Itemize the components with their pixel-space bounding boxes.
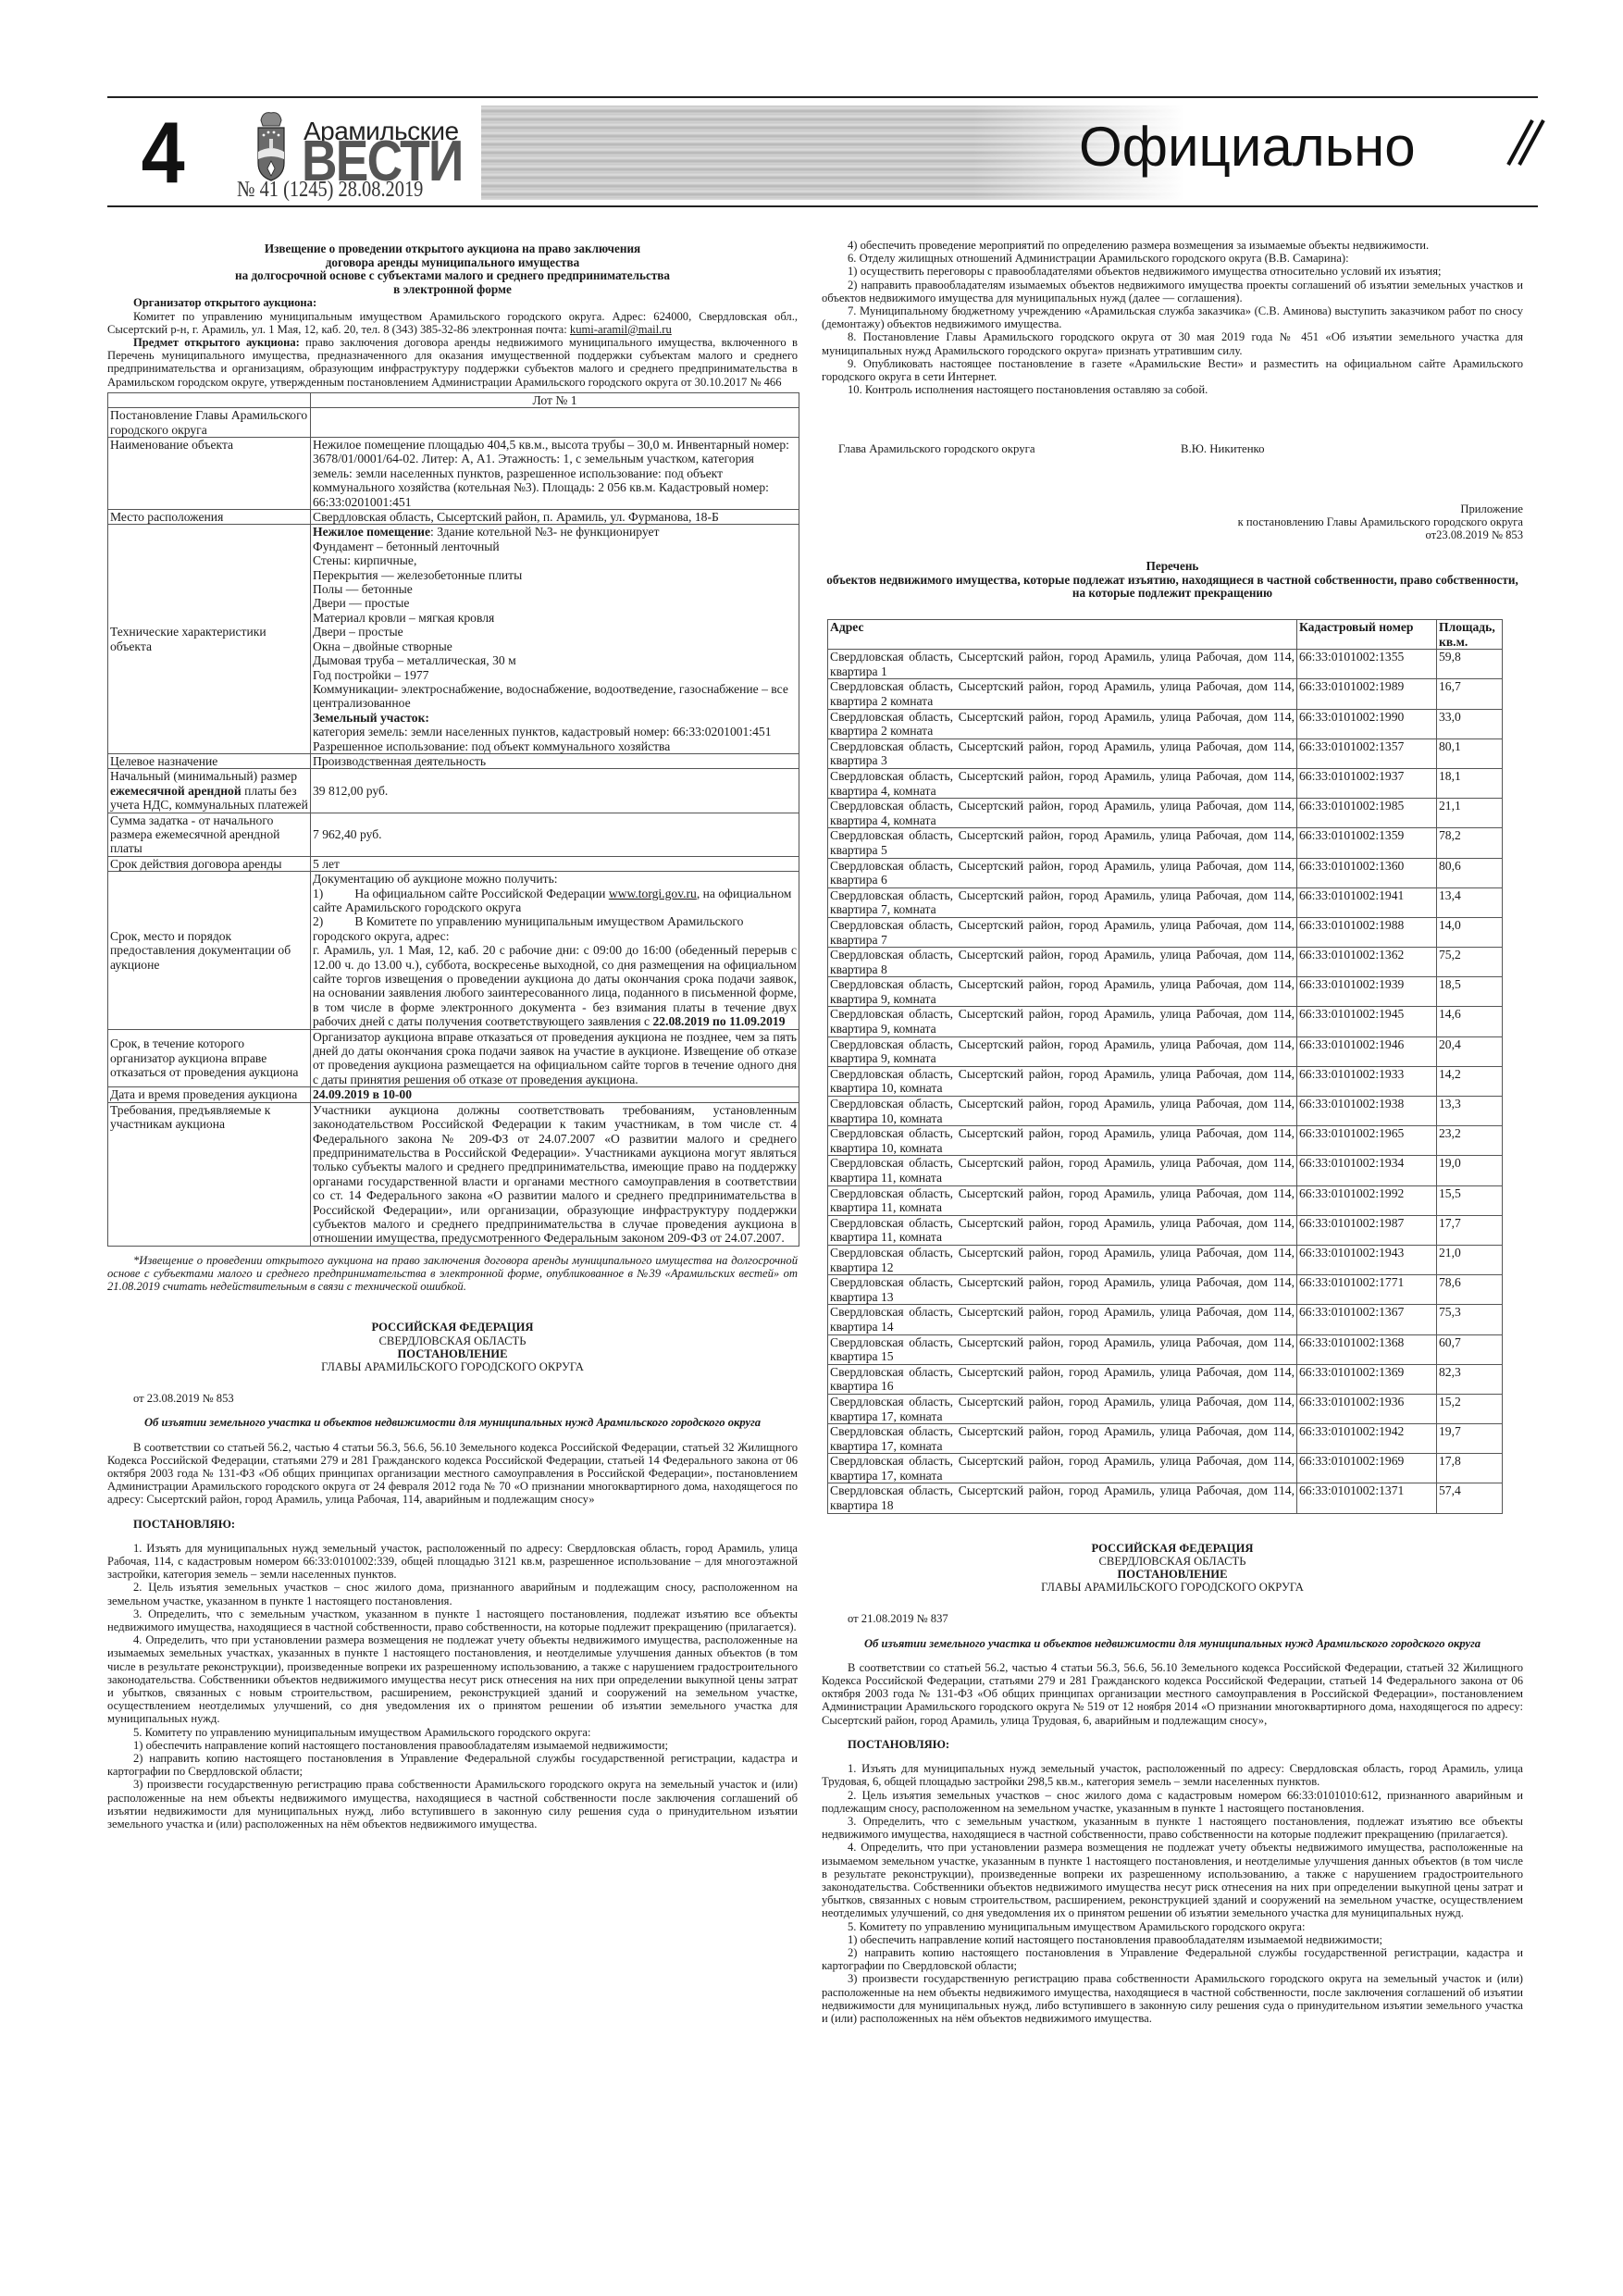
- table-row: Свердловская область, Сысертский район, …: [828, 858, 1503, 887]
- table-row: Свердловская область, Сысертский район, …: [828, 650, 1503, 679]
- list-title: Перечень: [822, 560, 1523, 574]
- area-cell: 17,8: [1437, 1454, 1503, 1483]
- section-title: Официально: [1079, 115, 1416, 179]
- cadastral-cell: 66:33:0101002:1933: [1297, 1066, 1437, 1096]
- table-row: Свердловская область, Сысертский район, …: [828, 1245, 1503, 1274]
- table-row: Постановление Главы Арамильского городск…: [108, 408, 799, 438]
- table-row: Срок, в течение которого организатор аук…: [108, 1029, 799, 1087]
- address-cell: Свердловская область, Сысертский район, …: [828, 1066, 1297, 1096]
- cadastral-cell: 66:33:0101002:1371: [1297, 1483, 1437, 1513]
- table-row: Требования, предъявляемые к участникам а…: [108, 1102, 799, 1246]
- area-cell: 21,0: [1437, 1245, 1503, 1274]
- address-cell: Свердловская область, Сысертский район, …: [828, 738, 1297, 768]
- cadastral-cell: 66:33:0101002:1946: [1297, 1036, 1437, 1066]
- decree-853-title: Об изъятии земельного участка и объектов…: [107, 1416, 798, 1429]
- table-row: Свердловская область, Сысертский район, …: [828, 1334, 1503, 1364]
- decree-837-item: 2. Цель изъятия земельных участков – сно…: [822, 1789, 1523, 1815]
- decree-837-title: Об изъятии земельного участка и объектов…: [822, 1637, 1523, 1650]
- area-cell: 19,0: [1437, 1156, 1503, 1185]
- bottom-rule: [107, 205, 1538, 207]
- table-row: Срок, место и порядок предоставления док…: [108, 872, 799, 1029]
- address-cell: Свердловская область, Сысертский район, …: [828, 650, 1297, 679]
- address-cell: Свердловская область, Сысертский район, …: [828, 1394, 1297, 1423]
- table-row: Дата и время проведения аукциона24.09.20…: [108, 1087, 799, 1102]
- address-cell: Свердловская область, Сысертский район, …: [828, 1424, 1297, 1454]
- issue-number: № 41 (1245) 28.08.2019: [237, 178, 423, 203]
- address-cell: Свердловская область, Сысертский район, …: [828, 1185, 1297, 1215]
- cadastral-cell: 66:33:0101002:1359: [1297, 828, 1437, 858]
- decree-853-item: 3) произвести государственную регистраци…: [107, 1778, 798, 1831]
- masthead: 4 Арамильские ВЕСТИ № 41 (1245) 28.08.20…: [107, 96, 1538, 205]
- cadastral-cell: 66:33:0101002:1992: [1297, 1185, 1437, 1215]
- address-cell: Свердловская область, Сысертский район, …: [828, 1305, 1297, 1334]
- table-row: Свердловская область, Сысертский район, …: [828, 1036, 1503, 1066]
- cadastral-cell: 66:33:0101002:1941: [1297, 887, 1437, 917]
- decree-853-item: 7. Муниципальному бюджетному учреждению …: [822, 304, 1523, 330]
- table-row: Лот № 1: [108, 392, 799, 407]
- organizer-text: Комитет по управлению муниципальным имущ…: [107, 310, 798, 336]
- decree-853-preamble: В соответствии со статьей 56.2, частью 4…: [107, 1441, 798, 1507]
- table-row: Свердловская область, Сысертский район, …: [828, 768, 1503, 798]
- address-cell: Свердловская область, Сысертский район, …: [828, 1364, 1297, 1394]
- address-cell: Свердловская область, Сысертский район, …: [828, 1036, 1297, 1066]
- table-row: Свердловская область, Сысертский район, …: [828, 709, 1503, 738]
- area-cell: 14,0: [1437, 917, 1503, 947]
- footnote: *Извещение о проведении открытого аукцио…: [107, 1254, 798, 1294]
- decree-837-item: 1) обеспечить направление копий настояще…: [822, 1933, 1523, 1946]
- area-cell: 18,1: [1437, 768, 1503, 798]
- decree-853-item: 9. Опубликовать настоящее постановление …: [822, 357, 1523, 383]
- area-cell: 23,2: [1437, 1126, 1503, 1156]
- cadastral-cell: 66:33:0101002:1934: [1297, 1156, 1437, 1185]
- address-cell: Свердловская область, Сысертский район, …: [828, 1097, 1297, 1126]
- starting-price: 39 812,00 руб.: [311, 769, 799, 813]
- table-row: Свердловская область, Сысертский район, …: [828, 1305, 1503, 1334]
- address-cell: Свердловская область, Сысертский район, …: [828, 1334, 1297, 1364]
- table-row: Срок действия договора аренды5 лет: [108, 856, 799, 871]
- top-rule: [107, 96, 1538, 98]
- decree-853-item: 4. Определить, что при установлении разм…: [107, 1633, 798, 1725]
- area-cell: 60,7: [1437, 1334, 1503, 1364]
- table-row: Свердловская область, Сысертский район, …: [828, 1483, 1503, 1513]
- cadastral-cell: 66:33:0101002:1988: [1297, 917, 1437, 947]
- decree-837-resolve: ПОСТАНОВЛЯЮ:: [822, 1738, 1523, 1751]
- decree-837-item: 3. Определить, что с земельным участком,…: [822, 1815, 1523, 1841]
- area-cell: 21,1: [1437, 799, 1503, 828]
- table-row: Свердловская область, Сысертский район, …: [828, 828, 1503, 858]
- cadastral-cell: 66:33:0101002:1990: [1297, 709, 1437, 738]
- address-cell: Свердловская область, Сысертский район, …: [828, 887, 1297, 917]
- table-row: Свердловская область, Сысертский район, …: [828, 1454, 1503, 1483]
- decree-837-item: 1. Изъять для муниципальных нужд земельн…: [822, 1762, 1523, 1788]
- table-row: Свердловская область, Сысертский район, …: [828, 1364, 1503, 1394]
- decree-837-item: 4. Определить, что при установлении разм…: [822, 1841, 1523, 1919]
- table-row: Свердловская область, Сысертский район, …: [828, 1066, 1503, 1096]
- cadastral-cell: 66:33:0101002:1942: [1297, 1424, 1437, 1454]
- double-slash-icon: [1501, 115, 1547, 170]
- address-cell: Свердловская область, Сысертский район, …: [828, 709, 1297, 738]
- area-cell: 80,1: [1437, 738, 1503, 768]
- cadastral-cell: 66:33:0101002:1771: [1297, 1275, 1437, 1305]
- cadastral-cell: 66:33:0101002:1355: [1297, 650, 1437, 679]
- address-cell: Свердловская область, Сысертский район, …: [828, 1483, 1297, 1513]
- decree-853-item: 2) направить копию настоящего постановле…: [107, 1752, 798, 1778]
- cadastral-cell: 66:33:0101002:1989: [1297, 679, 1437, 709]
- coat-of-arms-icon: [255, 111, 287, 181]
- decree-853-item: 1) осуществить переговоры с правообладат…: [822, 265, 1523, 278]
- signature-title: Глава Арамильского городского округа: [838, 442, 1181, 455]
- decree-853-item: 3. Определить, что с земельным участком,…: [107, 1607, 798, 1633]
- area-cell: 75,2: [1437, 948, 1503, 977]
- decree-853-item: 8. Постановление Главы Арамильского горо…: [822, 330, 1523, 356]
- area-cell: 33,0: [1437, 709, 1503, 738]
- cadastral-cell: 66:33:0101002:1943: [1297, 1245, 1437, 1274]
- table-row: Свердловская область, Сысертский район, …: [828, 799, 1503, 828]
- address-cell: Свердловская область, Сысертский район, …: [828, 977, 1297, 1007]
- address-cell: Свердловская область, Сысертский район, …: [828, 1007, 1297, 1036]
- cadastral-cell: 66:33:0101002:1987: [1297, 1215, 1437, 1245]
- table-row: Свердловская область, Сысертский район, …: [828, 1394, 1503, 1423]
- area-cell: 14,2: [1437, 1066, 1503, 1096]
- auction-date: 24.09.2019 в 10-00: [311, 1087, 799, 1102]
- appendix-note: Приложение к постановлению Главы Арамиль…: [822, 503, 1523, 542]
- area-cell: 16,7: [1437, 679, 1503, 709]
- table-row: Целевое назначениеПроизводственная деяте…: [108, 753, 799, 768]
- cadastral-cell: 66:33:0101002:1936: [1297, 1394, 1437, 1423]
- area-cell: 78,2: [1437, 828, 1503, 858]
- decree-837-header: РОССИЙСКАЯ ФЕДЕРАЦИЯ СВЕРДЛОВСКАЯ ОБЛАСТ…: [822, 1542, 1523, 1595]
- left-column: Извещение о проведении открытого аукцион…: [107, 239, 798, 1831]
- address-cell: Свердловская область, Сысертский район, …: [828, 679, 1297, 709]
- table-row: Свердловская область, Сысертский район, …: [828, 1185, 1503, 1215]
- table-row: Технические характеристики объекта Нежил…: [108, 525, 799, 754]
- address-cell: Свердловская область, Сысертский район, …: [828, 828, 1297, 858]
- cadastral-cell: 66:33:0101002:1362: [1297, 948, 1437, 977]
- table-row: Свердловская область, Сысертский район, …: [828, 1126, 1503, 1156]
- decree-853-resolve: ПОСТАНОВЛЯЮ:: [107, 1518, 798, 1531]
- page-number: 4: [142, 109, 185, 196]
- decree-837-preamble: В соответствии со статьей 56.2, частью 4…: [822, 1661, 1523, 1727]
- cadastral-cell: 66:33:0101002:1939: [1297, 977, 1437, 1007]
- table-row: Свердловская область, Сысертский район, …: [828, 1156, 1503, 1185]
- address-cell: Свердловская область, Сысертский район, …: [828, 1275, 1297, 1305]
- area-cell: 57,4: [1437, 1483, 1503, 1513]
- table-row: Свердловская область, Сысертский район, …: [828, 917, 1503, 947]
- table-header-row: Адрес Кадастровый номер Площадь, кв.м.: [828, 620, 1503, 650]
- decree-853-item: 6. Отделу жилищных отношений Администрац…: [822, 252, 1523, 265]
- decree-853-item: 10. Контроль исполнения настоящего поста…: [822, 383, 1523, 396]
- decree-837-item: 5. Комитету по управлению муниципальным …: [822, 1920, 1523, 1933]
- table-row: Свердловская область, Сысертский район, …: [828, 738, 1503, 768]
- organizer-email-link[interactable]: kumi-aramil@mail.ru: [570, 323, 672, 336]
- cadastral-cell: 66:33:0101002:1937: [1297, 768, 1437, 798]
- cadastral-cell: 66:33:0101002:1965: [1297, 1126, 1437, 1156]
- decree-837-item: 3) произвести государственную регистраци…: [822, 1972, 1523, 2025]
- decree-853-item: 2. Цель изъятия земельных участков – сно…: [107, 1581, 798, 1607]
- area-cell: 17,7: [1437, 1215, 1503, 1245]
- decree-853-item: 1) обеспечить направление копий настояще…: [107, 1739, 798, 1752]
- decree-837-date: от 21.08.2019 № 837: [822, 1612, 1523, 1625]
- area-cell: 13,3: [1437, 1097, 1503, 1126]
- table-row: Свердловская область, Сысертский район, …: [828, 1215, 1503, 1245]
- area-cell: 75,3: [1437, 1305, 1503, 1334]
- cadastral-cell: 66:33:0101002:1367: [1297, 1305, 1437, 1334]
- auction-subject: Предмет открытого аукциона: право заключ…: [107, 336, 798, 389]
- area-cell: 15,5: [1437, 1185, 1503, 1215]
- cadastral-cell: 66:33:0101002:1945: [1297, 1007, 1437, 1036]
- area-cell: 14,6: [1437, 1007, 1503, 1036]
- table-row: Наименование объектаНежилое помещение пл…: [108, 438, 799, 510]
- decree-837-item: 2) направить копию настоящего постановле…: [822, 1946, 1523, 1972]
- table-row: Свердловская область, Сысертский район, …: [828, 1275, 1503, 1305]
- auction-title: Извещение о проведении открытого аукцион…: [107, 242, 798, 296]
- table-row: Свердловская область, Сысертский район, …: [828, 679, 1503, 709]
- cadastral-cell: 66:33:0101002:1357: [1297, 738, 1437, 768]
- decree-853-item: 2) направить правообладателям изымаемых …: [822, 279, 1523, 304]
- decree-853-item: 5. Комитету по управлению муниципальным …: [107, 1726, 798, 1739]
- decree-853-item: 1. Изъять для муниципальных нужд земельн…: [107, 1542, 798, 1582]
- area-cell: 20,4: [1437, 1036, 1503, 1066]
- cadastral-cell: 66:33:0101002:1369: [1297, 1364, 1437, 1394]
- address-cell: Свердловская область, Сысертский район, …: [828, 799, 1297, 828]
- address-cell: Свердловская область, Сысертский район, …: [828, 858, 1297, 887]
- right-column: 4) обеспечить проведение мероприятий по …: [822, 239, 1523, 2025]
- decree-853-item: 4) обеспечить проведение мероприятий по …: [822, 239, 1523, 252]
- area-cell: 13,4: [1437, 887, 1503, 917]
- area-cell: 82,3: [1437, 1364, 1503, 1394]
- cadastral-cell: 66:33:0101002:1985: [1297, 799, 1437, 828]
- table-row: Сумма задатка - от начального размера еж…: [108, 813, 799, 856]
- property-list-table: Адрес Кадастровый номер Площадь, кв.м. С…: [827, 619, 1503, 1514]
- address-cell: Свердловская область, Сысертский район, …: [828, 1245, 1297, 1274]
- signature-name: В.Ю. Никитенко: [1181, 442, 1265, 455]
- tech-characteristics: Нежилое помещение: Здание котельной №3- …: [311, 525, 799, 754]
- address-cell: Свердловская область, Сысертский район, …: [828, 768, 1297, 798]
- torgi-link[interactable]: www.torgi.gov.ru: [609, 887, 697, 900]
- list-subtitle: объектов недвижимого имущества, которые …: [822, 574, 1523, 601]
- table-row: Свердловская область, Сысертский район, …: [828, 977, 1503, 1007]
- signature-block: Глава Арамильского городского округа В.Ю…: [822, 442, 1523, 455]
- area-cell: 59,8: [1437, 650, 1503, 679]
- address-cell: Свердловская область, Сысертский район, …: [828, 1156, 1297, 1185]
- address-cell: Свердловская область, Сысертский район, …: [828, 1215, 1297, 1245]
- address-cell: Свердловская область, Сысертский район, …: [828, 1454, 1297, 1483]
- address-cell: Свердловская область, Сысертский район, …: [828, 948, 1297, 977]
- table-row: Свердловская область, Сысертский район, …: [828, 948, 1503, 977]
- area-cell: 15,2: [1437, 1394, 1503, 1423]
- area-cell: 18,5: [1437, 977, 1503, 1007]
- table-row: Начальный (минимальный) размер ежемесячн…: [108, 769, 799, 813]
- cadastral-cell: 66:33:0101002:1360: [1297, 858, 1437, 887]
- table-row: Место расположенияСвердловская область, …: [108, 510, 799, 525]
- table-row: Свердловская область, Сысертский район, …: [828, 1007, 1503, 1036]
- table-row: Свердловская область, Сысертский район, …: [828, 887, 1503, 917]
- cadastral-cell: 66:33:0101002:1368: [1297, 1334, 1437, 1364]
- address-cell: Свердловская область, Сысертский район, …: [828, 1126, 1297, 1156]
- cadastral-cell: 66:33:0101002:1938: [1297, 1097, 1437, 1126]
- area-cell: 19,7: [1437, 1424, 1503, 1454]
- deposit-amount: 7 962,40 руб.: [311, 813, 799, 856]
- decree-853-header: РОССИЙСКАЯ ФЕДЕРАЦИЯ СВЕРДЛОВСКАЯ ОБЛАСТ…: [107, 1321, 798, 1373]
- table-row: Свердловская область, Сысертский район, …: [828, 1424, 1503, 1454]
- table-row: Свердловская область, Сысертский район, …: [828, 1097, 1503, 1126]
- cadastral-cell: 66:33:0101002:1969: [1297, 1454, 1437, 1483]
- address-cell: Свердловская область, Сысертский район, …: [828, 917, 1297, 947]
- decree-853-date: от 23.08.2019 № 853: [107, 1392, 798, 1405]
- organizer-label: Организатор открытого аукциона:: [107, 296, 798, 309]
- area-cell: 80,6: [1437, 858, 1503, 887]
- lot-table: Лот № 1 Постановление Главы Арамильского…: [107, 392, 799, 1247]
- area-cell: 78,6: [1437, 1275, 1503, 1305]
